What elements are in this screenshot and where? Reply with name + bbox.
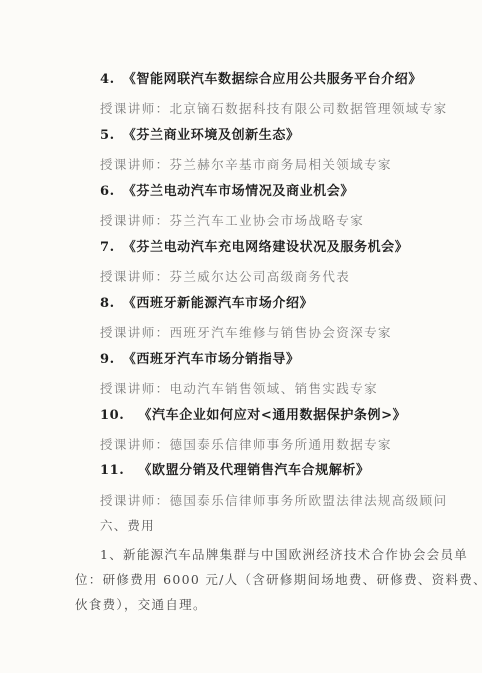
- course-lecturer: 授课讲师：德国泰乐信律师事务所欧盟法律法规高级顾问: [100, 493, 448, 509]
- course-heading: 10.《汽车企业如何应对<通用数据保护条例>》: [100, 408, 406, 424]
- course-heading: 6.《芬兰电动汽车市场情况及商业机会》: [100, 184, 354, 200]
- course-lecturer: 授课讲师：芬兰汽车工业协会市场战略专家: [100, 213, 364, 229]
- course-heading: 9.《西班牙汽车市场分销指导》: [100, 352, 300, 368]
- document-page: 4.《智能网联汽车数据综合应用公共服务平台介绍》 授课讲师：北京镝石数据科技有限…: [0, 0, 482, 673]
- course-heading: 11.《欧盟分销及代理销售汽车合规解析》: [100, 463, 370, 479]
- fees-paragraph-line: 伙食费），交通自理。: [75, 597, 207, 613]
- course-lecturer: 授课讲师：德国泰乐信律师事务所通用数据专家: [100, 437, 392, 453]
- course-lecturer: 授课讲师：西班牙汽车维修与销售协会资深专家: [100, 325, 392, 341]
- course-lecturer: 授课讲师：芬兰威尔达公司高级商务代表: [100, 269, 350, 285]
- course-heading: 8.《西班牙新能源汽车市场介绍》: [100, 296, 313, 312]
- course-heading: 5.《芬兰商业环境及创新生态》: [100, 128, 300, 144]
- fees-paragraph-line: 1、新能源汽车品牌集群与中国欧洲经济技术合作协会会员单: [100, 547, 468, 563]
- course-lecturer: 授课讲师：电动汽车销售领域、销售实践专家: [100, 381, 378, 397]
- fees-paragraph-line: 位：研修费用 6000 元/人（含研修期间场地费、研修费、资料费、: [75, 572, 482, 588]
- course-heading: 7.《芬兰电动汽车充电网络建设状况及服务机会》: [100, 240, 408, 256]
- section-title-fees: 六、费用: [100, 518, 155, 534]
- course-heading: 4.《智能网联汽车数据综合应用公共服务平台介绍》: [100, 72, 422, 88]
- course-lecturer: 授课讲师：芬兰赫尔辛基市商务局相关领域专家: [100, 157, 392, 173]
- course-lecturer: 授课讲师：北京镝石数据科技有限公司数据管理领域专家: [100, 101, 448, 117]
